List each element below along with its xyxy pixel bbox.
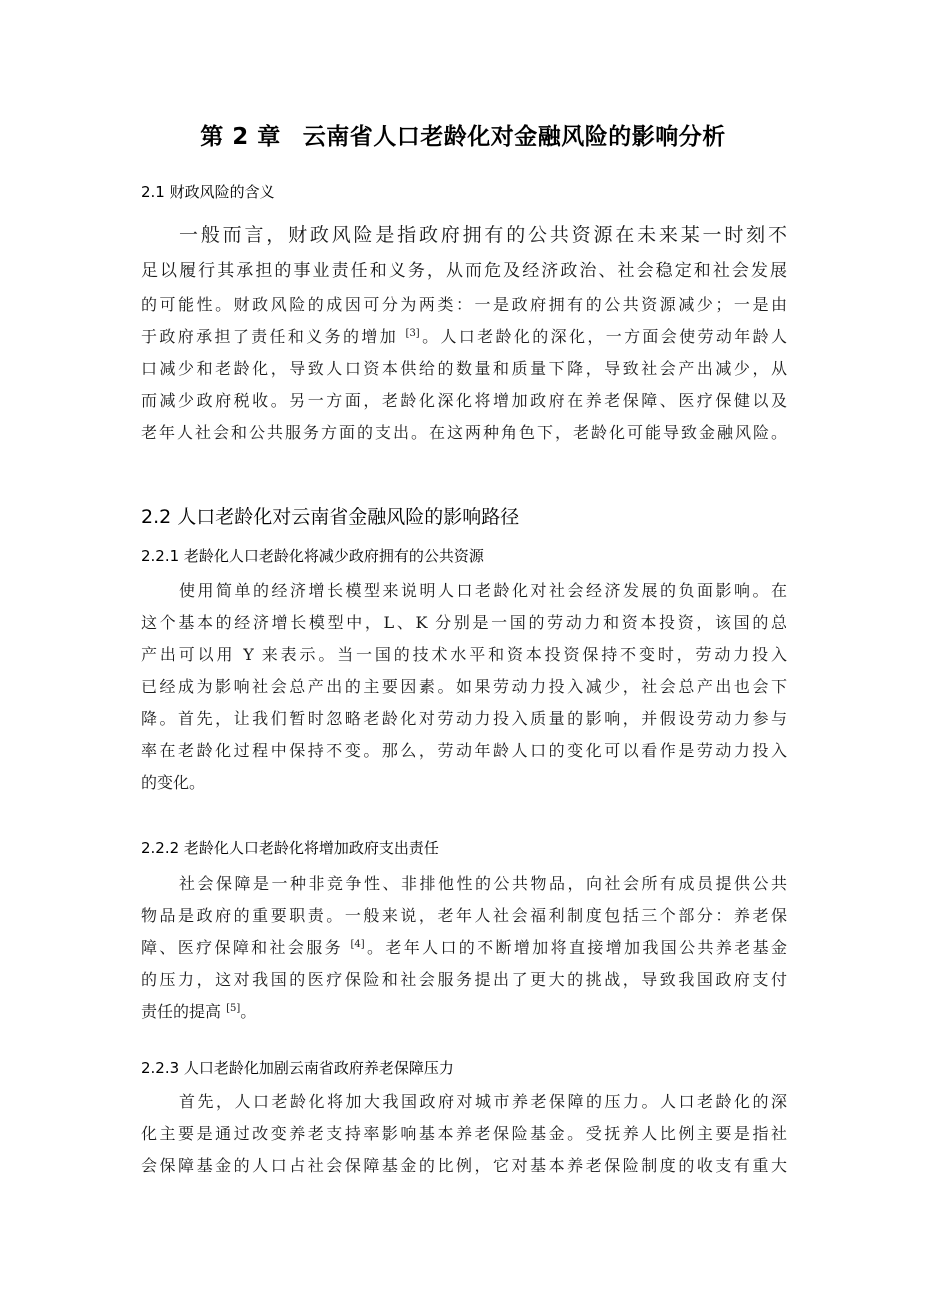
paragraph-2-2-2: 社会保障是一种非竞争性、非排他性的公共物品，向社会所有成员提供公共 物品是政府的…: [141, 868, 787, 1028]
citation[interactable]: [3]: [406, 328, 420, 339]
text-line: 一般而言，财政风险是指政府拥有的公共资源在未来某一时刻不: [141, 217, 787, 253]
text-line: 而减少政府税收。另一方面，老龄化深化将增加政府在养老保障、医疗保健以及: [141, 385, 787, 417]
text-line: 已经成为影响社会总产出的主要因素。如果劳动力投入减少，社会总产出也会下: [141, 671, 787, 703]
chapter-title-text: 云南省人口老龄化对金融风险的影响分析: [303, 124, 726, 150]
paragraph-2-1: 一般而言，财政风险是指政府拥有的公共资源在未来某一时刻不 足以履行其承担的事业责…: [141, 217, 787, 449]
text-line: 障、医疗保障和社会服务 [4]。老年人口的不断增加将直接增加我国公共养老基金: [141, 932, 787, 964]
paragraph-2-2-1: 使用简单的经济增长模型来说明人口老龄化对社会经济发展的负面影响。在 这个基本的经…: [141, 575, 787, 799]
document-page: 第 2 章云南省人口老龄化对金融风险的影响分析 2.1 财政风险的含义 一般而言…: [0, 0, 926, 1309]
text-line: 降。首先，让我们暂时忽略老龄化对劳动力投入质量的影响，并假设劳动力参与: [141, 703, 787, 735]
text-fragment: 于政府承担了责任和义务的增加: [141, 327, 398, 346]
text-line: 足以履行其承担的事业责任和义务，从而危及经济政治、社会稳定和社会发展: [141, 253, 787, 289]
text-fragment: 。老年人口的不断增加将直接增加我国公共养老基金: [365, 938, 787, 957]
section-heading-2-2-1: 2.2.1 老龄化人口老龄化将减少政府拥有的公共资源: [141, 545, 484, 566]
text-line: 的变化。: [141, 767, 787, 799]
text-line: 使用简单的经济增长模型来说明人口老龄化对社会经济发展的负面影响。在: [141, 575, 787, 607]
section-heading-2-1: 2.1 财政风险的含义: [141, 181, 275, 202]
text-fragment: 障、医疗保障和社会服务: [141, 938, 343, 957]
text-line: 于政府承担了责任和义务的增加 [3]。人口老龄化的深化，一方面会使劳动年龄人: [141, 321, 787, 353]
text-line: 首先，人口老龄化将加大我国政府对城市养老保障的压力。人口老龄化的深: [141, 1086, 787, 1118]
section-heading-2-2: 2.2 人口老龄化对云南省金融风险的影响路径: [141, 502, 519, 529]
paragraph-2-2-3: 首先，人口老龄化将加大我国政府对城市养老保障的压力。人口老龄化的深 化主要是通过…: [141, 1086, 787, 1182]
text-line: 率在老龄化过程中保持不变。那么，劳动年龄人口的变化可以看作是劳动力投入: [141, 735, 787, 767]
citation[interactable]: [5]: [226, 1003, 240, 1014]
text-fragment: 责任的提高: [141, 1002, 221, 1021]
chapter-title: 第 2 章云南省人口老龄化对金融风险的影响分析: [0, 118, 926, 151]
text-line: 责任的提高 [5]。: [141, 996, 787, 1028]
chapter-number: 第 2 章: [200, 124, 281, 150]
text-fragment: 。: [240, 1002, 256, 1021]
section-heading-2-2-2: 2.2.2 老龄化人口老龄化将增加政府支出责任: [141, 837, 439, 858]
text-line: 口减少和老龄化，导致人口资本供给的数量和质量下降，导致社会产出减少，从: [141, 353, 787, 385]
text-line: 的可能性。财政风险的成因可分为两类：一是政府拥有的公共资源减少；一是由: [141, 289, 787, 321]
section-heading-2-2-3: 2.2.3 人口老龄化加剧云南省政府养老保障压力: [141, 1057, 454, 1078]
text-line: 化主要是通过改变养老支持率影响基本养老保险基金。受抚养人比例主要是指社: [141, 1118, 787, 1150]
text-line: 这个基本的经济增长模型中，L、K 分别是一国的劳动力和资本投资，该国的总: [141, 607, 787, 639]
text-line: 产出可以用 Y 来表示。当一国的技术水平和资本投资保持不变时，劳动力投入: [141, 639, 787, 671]
text-line: 会保障基金的人口占社会保障基金的比例，它对基本养老保险制度的收支有重大: [141, 1150, 787, 1182]
text-line: 的压力，这对我国的医疗保险和社会服务提出了更大的挑战，导致我国政府支付: [141, 964, 787, 996]
text-line: 社会保障是一种非竞争性、非排他性的公共物品，向社会所有成员提供公共: [141, 868, 787, 900]
text-line: 物品是政府的重要职责。一般来说，老年人社会福利制度包括三个部分：养老保: [141, 900, 787, 932]
text-line: 老年人社会和公共服务方面的支出。在这两种角色下，老龄化可能导致金融风险。: [141, 417, 787, 449]
citation[interactable]: [4]: [350, 939, 364, 950]
text-fragment: 。人口老龄化的深化，一方面会使劳动年龄人: [420, 327, 787, 346]
